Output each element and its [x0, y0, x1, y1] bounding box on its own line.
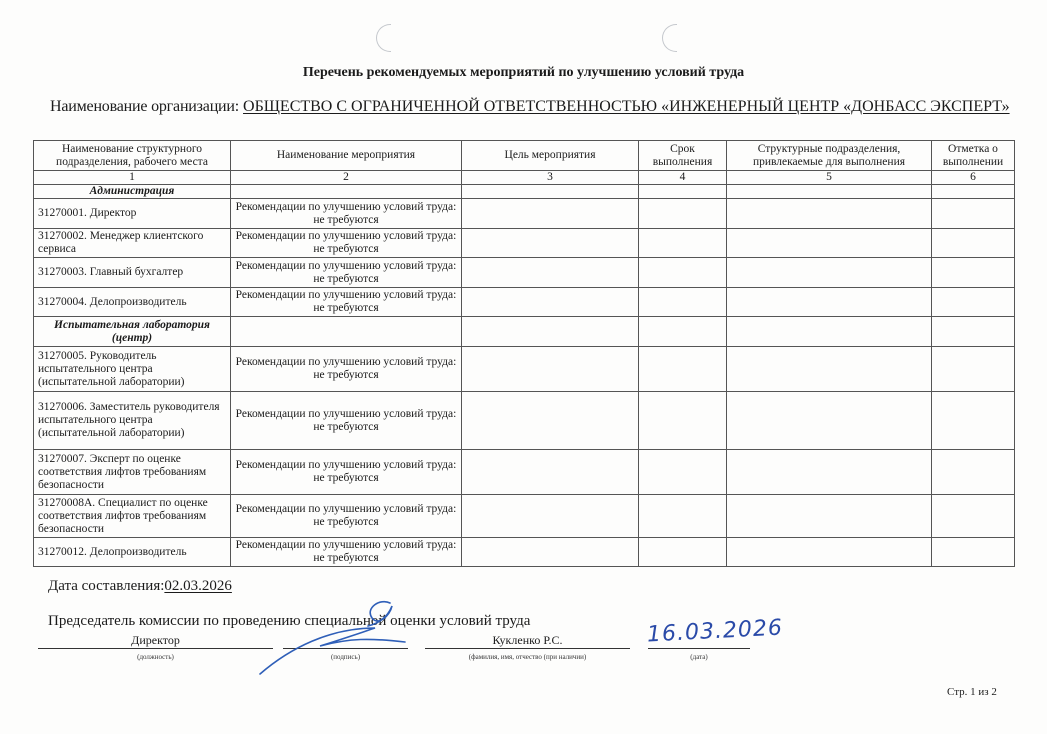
- col-header-mark: Отметка о выполнении: [932, 141, 1015, 171]
- workplace-cell: 31270006. Заместитель руководителя испыт…: [34, 392, 231, 450]
- workplace-cell: 31270012. Делопроизводитель: [34, 538, 231, 567]
- goal-cell: [462, 347, 639, 392]
- goal-cell: [462, 495, 639, 538]
- mark-cell: [932, 495, 1015, 538]
- deadline-cell: [639, 495, 727, 538]
- deadline-cell: [639, 199, 727, 229]
- units-cell: [727, 199, 932, 229]
- section-row: Испытательная лаборатория (центр): [34, 317, 1015, 347]
- goal-cell: [462, 538, 639, 567]
- empty-cell: [932, 317, 1015, 347]
- signature-icon: [240, 598, 420, 678]
- empty-cell: [639, 317, 727, 347]
- compilation-date-value: 02.03.2026: [164, 578, 232, 594]
- table-row: 31270004. ДелопроизводительРекомендации …: [34, 288, 1015, 317]
- mark-cell: [932, 450, 1015, 495]
- empty-cell: [932, 185, 1015, 199]
- measures-table: Наименование структурного подразделения,…: [33, 140, 1015, 567]
- deadline-cell: [639, 229, 727, 258]
- fullname-field: Кукленко Р.С.: [425, 633, 630, 649]
- compilation-date-line: Дата составления:02.03.2026: [48, 578, 232, 595]
- page-number: Стр. 1 из 2: [947, 686, 997, 698]
- organization-label: Наименование организации:: [50, 98, 239, 115]
- mark-cell: [932, 538, 1015, 567]
- section-row: Администрация: [34, 185, 1015, 199]
- deadline-cell: [639, 392, 727, 450]
- deadline-cell: [639, 347, 727, 392]
- units-cell: [727, 347, 932, 392]
- workplace-cell: 31270005. Руководитель испытательного це…: [34, 347, 231, 392]
- measure-cell: Рекомендации по улучшению условий труда:…: [231, 495, 462, 538]
- table-row: 31270003. Главный бухгалтерРекомендации …: [34, 258, 1015, 288]
- table-row: 31270005. Руководитель испытательного це…: [34, 347, 1015, 392]
- column-number-row: 1 2 3 4 5 6: [34, 171, 1015, 185]
- measure-cell: Рекомендации по улучшению условий труда:…: [231, 258, 462, 288]
- goal-cell: [462, 258, 639, 288]
- units-cell: [727, 495, 932, 538]
- deadline-cell: [639, 288, 727, 317]
- measure-cell: Рекомендации по улучшению условий труда:…: [231, 450, 462, 495]
- goal-cell: [462, 288, 639, 317]
- units-cell: [727, 538, 932, 567]
- empty-cell: [639, 185, 727, 199]
- deadline-cell: [639, 258, 727, 288]
- handwritten-date: 16.03.2026: [646, 615, 783, 647]
- mark-cell: [932, 229, 1015, 258]
- col-number: 1: [34, 171, 231, 185]
- units-cell: [727, 258, 932, 288]
- workplace-cell: 31270001. Директор: [34, 199, 231, 229]
- empty-cell: [231, 317, 462, 347]
- date-caption: (дата): [648, 653, 750, 661]
- deadline-cell: [639, 538, 727, 567]
- col-header-workplace: Наименование структурного подразделения,…: [34, 141, 231, 171]
- workplace-cell: 31270008А. Специалист по оценке соответс…: [34, 495, 231, 538]
- col-header-measure: Наименование мероприятия: [231, 141, 462, 171]
- mark-cell: [932, 288, 1015, 317]
- col-header-units: Структурные подразделения, привлекаемые …: [727, 141, 932, 171]
- goal-cell: [462, 199, 639, 229]
- empty-cell: [727, 317, 932, 347]
- position-caption: (должность): [38, 653, 273, 661]
- col-number: 6: [932, 171, 1015, 185]
- deadline-cell: [639, 450, 727, 495]
- col-number: 5: [727, 171, 932, 185]
- measure-cell: Рекомендации по улучшению условий труда:…: [231, 288, 462, 317]
- mark-cell: [932, 258, 1015, 288]
- mark-cell: [932, 199, 1015, 229]
- punch-hole-left: [376, 24, 391, 52]
- table-row: 31270002. Менеджер клиентского сервисаРе…: [34, 229, 1015, 258]
- measure-cell: Рекомендации по улучшению условий труда:…: [231, 199, 462, 229]
- mark-cell: [932, 392, 1015, 450]
- empty-cell: [462, 317, 639, 347]
- section-name: Испытательная лаборатория (центр): [34, 317, 231, 347]
- col-header-goal: Цель мероприятия: [462, 141, 639, 171]
- position-field: Директор: [38, 633, 273, 649]
- table-header-row: Наименование структурного подразделения,…: [34, 141, 1015, 171]
- organization-name: ОБЩЕСТВО С ОГРАНИЧЕННОЙ ОТВЕТСТВЕННОСТЬЮ…: [243, 98, 1010, 115]
- table-row: 31270006. Заместитель руководителя испыт…: [34, 392, 1015, 450]
- col-number: 4: [639, 171, 727, 185]
- goal-cell: [462, 450, 639, 495]
- table-row: 31270007. Эксперт по оценке соответствия…: [34, 450, 1015, 495]
- units-cell: [727, 288, 932, 317]
- fullname-caption: (фамилия, имя, отчество (при наличии): [425, 653, 630, 661]
- workplace-cell: 31270002. Менеджер клиентского сервиса: [34, 229, 231, 258]
- measure-cell: Рекомендации по улучшению условий труда:…: [231, 538, 462, 567]
- units-cell: [727, 392, 932, 450]
- mark-cell: [932, 347, 1015, 392]
- empty-cell: [727, 185, 932, 199]
- organization-line: Наименование организации: ОБЩЕСТВО С ОГР…: [50, 98, 1010, 116]
- measure-cell: Рекомендации по улучшению условий труда:…: [231, 392, 462, 450]
- measure-cell: Рекомендации по улучшению условий труда:…: [231, 347, 462, 392]
- workplace-cell: 31270003. Главный бухгалтер: [34, 258, 231, 288]
- section-name: Администрация: [34, 185, 231, 199]
- units-cell: [727, 450, 932, 495]
- col-header-deadline: Срок выполнения: [639, 141, 727, 171]
- workplace-cell: 31270004. Делопроизводитель: [34, 288, 231, 317]
- document-title: Перечень рекомендуемых мероприятий по ул…: [0, 65, 1047, 81]
- table-row: 31270008А. Специалист по оценке соответс…: [34, 495, 1015, 538]
- units-cell: [727, 229, 932, 258]
- empty-cell: [462, 185, 639, 199]
- workplace-cell: 31270007. Эксперт по оценке соответствия…: [34, 450, 231, 495]
- col-number: 3: [462, 171, 639, 185]
- table-row: 31270012. ДелопроизводительРекомендации …: [34, 538, 1015, 567]
- goal-cell: [462, 392, 639, 450]
- punch-hole-right: [662, 24, 677, 52]
- measure-cell: Рекомендации по улучшению условий труда:…: [231, 229, 462, 258]
- table-row: 31270001. ДиректорРекомендации по улучше…: [34, 199, 1015, 229]
- empty-cell: [231, 185, 462, 199]
- goal-cell: [462, 229, 639, 258]
- col-number: 2: [231, 171, 462, 185]
- compilation-date-label: Дата составления:: [48, 578, 164, 594]
